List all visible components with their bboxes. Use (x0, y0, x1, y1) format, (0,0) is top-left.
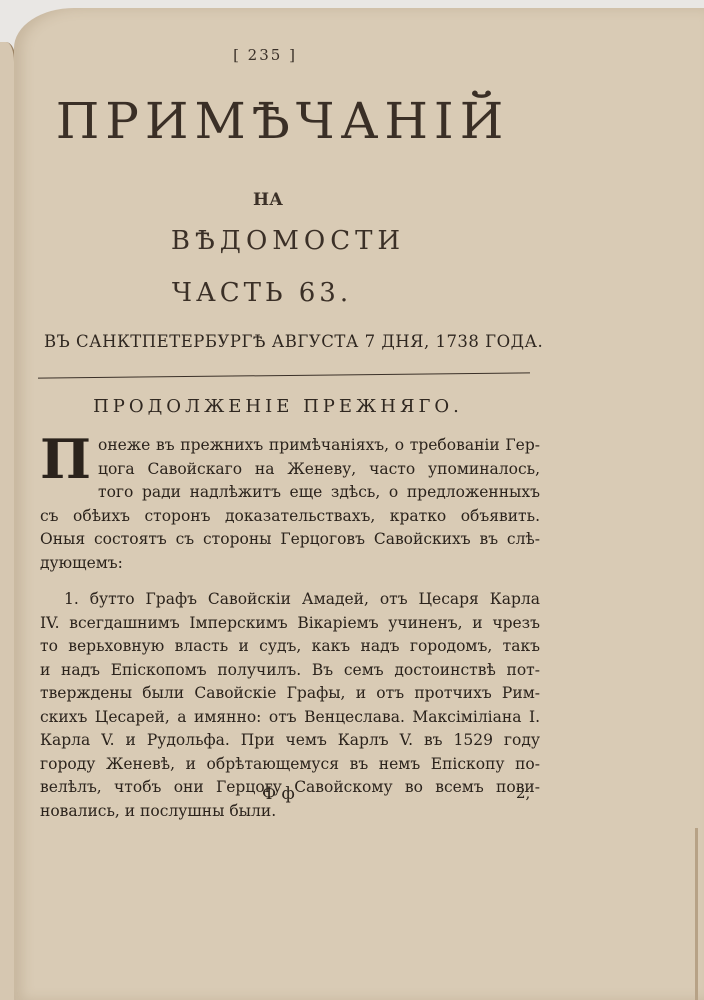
text-line: IV. всегдашнимъ Імперскимъ Вікаріемъ учи… (40, 612, 540, 636)
page-title: ПРИМѢЧАНІЙ (0, 92, 565, 150)
page-edge-shadow (695, 828, 698, 1000)
text-line: съ обѣихъ сторонъ доказательствахъ, крат… (40, 505, 540, 529)
subtitle-vedomosti: ВѢДОМОСТИ (0, 226, 576, 256)
text-line: Оныя состоятъ съ стороны Герцоговъ Савой… (40, 528, 540, 552)
section-heading: ПРОДОЛЖЕНІЕ ПРЕЖНЯГО. (0, 396, 556, 417)
text-line: Карла V. и Рудольфа. При чемъ Карлъ V. в… (40, 729, 540, 753)
text-line: то верьховную власть и судъ, какъ надъ г… (40, 635, 540, 659)
signature-mark: Ф ф (262, 784, 295, 804)
text-line: скихъ Цесарей, а имянно: отъ Венцеслава.… (40, 706, 540, 730)
paragraph-1: онеже въ прежнихъ примѣчаніяхъ, о требов… (40, 434, 540, 575)
dateline: ВЪ САНКТПЕТЕРБУРГѢ АВГУСТА 7 ДНЯ, 1738 Г… (44, 332, 534, 351)
text-line: тверждены были Савойскіе Графы, и отъ пр… (40, 682, 540, 706)
subtitle-part-number: ЧАСТЬ 63. (0, 278, 524, 308)
text-line: 1. бутто Графъ Савойскіи Амадей, отъ Цес… (40, 588, 540, 612)
text-line: цога Савойскаго на Женеву, часто упомина… (40, 458, 540, 482)
page-number: [ 235 ] (0, 46, 530, 64)
text-line: того ради надлѣжитъ еще здѣсь, о предлож… (40, 481, 540, 505)
text-line: и надъ Епіскопомъ получилъ. Въ семъ дост… (40, 659, 540, 683)
catchword: 2, (516, 784, 530, 802)
page-footer: Ф ф 2, (0, 784, 704, 806)
text-line: городу Женевѣ, и обрѣтающемуся въ немъ Е… (40, 753, 540, 777)
text-line: дующемъ: (40, 552, 540, 576)
subtitle-na: НА (0, 190, 536, 210)
text-line: онеже въ прежнихъ примѣчаніяхъ, о требов… (40, 434, 540, 458)
